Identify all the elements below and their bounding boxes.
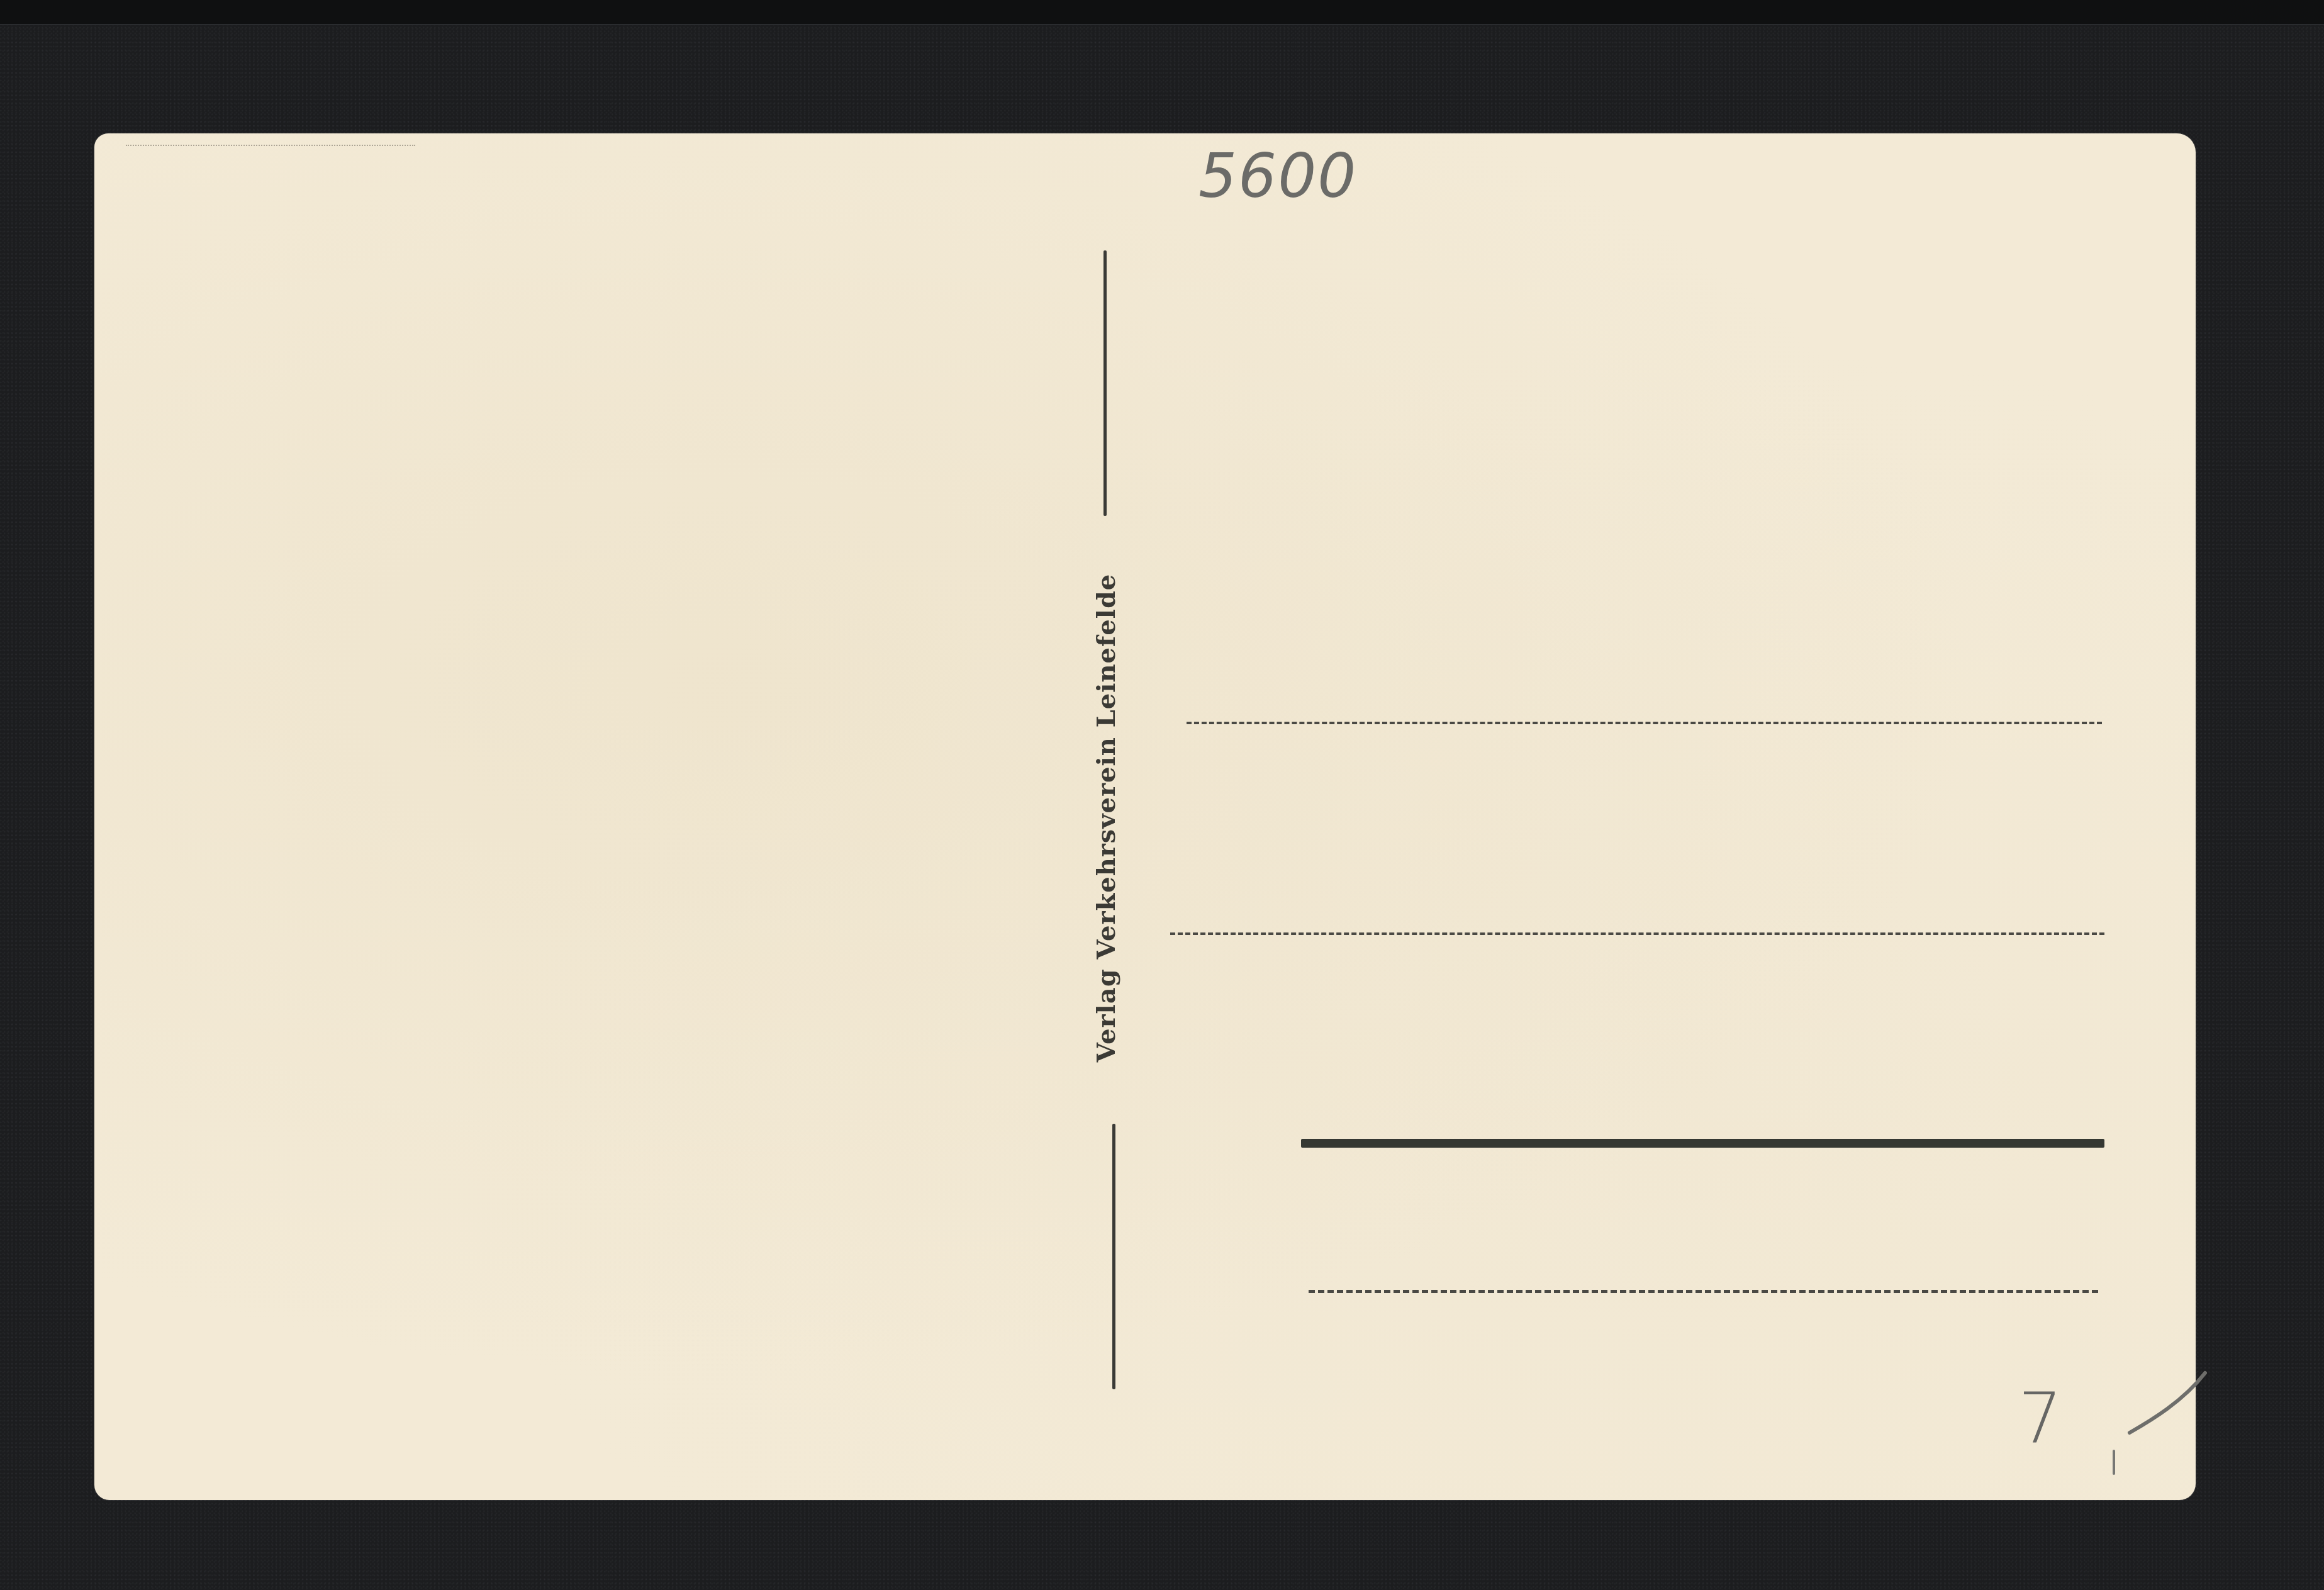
address-line-4 bbox=[1309, 1290, 2098, 1293]
address-line-2 bbox=[1170, 932, 2104, 935]
postcard-back: 5600 Verlag Verkehrsverein Leinefelde 7 bbox=[94, 133, 2196, 1500]
faint-edge-print bbox=[126, 145, 415, 146]
address-line-3-solid bbox=[1301, 1139, 2104, 1148]
handwritten-mark-7: 7 bbox=[2018, 1378, 2062, 1458]
address-line-1 bbox=[1187, 722, 2102, 724]
scanner-top-strip bbox=[0, 0, 2324, 25]
divider-line-top bbox=[1103, 250, 1107, 516]
pencil-slash-mark bbox=[2126, 1370, 2208, 1439]
pencil-tick-mark bbox=[2113, 1450, 2115, 1475]
publisher-imprint: Verlag Verkehrsverein Leinefelde bbox=[1092, 574, 1121, 1063]
divider-line-bottom bbox=[1112, 1124, 1115, 1389]
handwritten-number-5600: 5600 bbox=[1198, 141, 1357, 211]
